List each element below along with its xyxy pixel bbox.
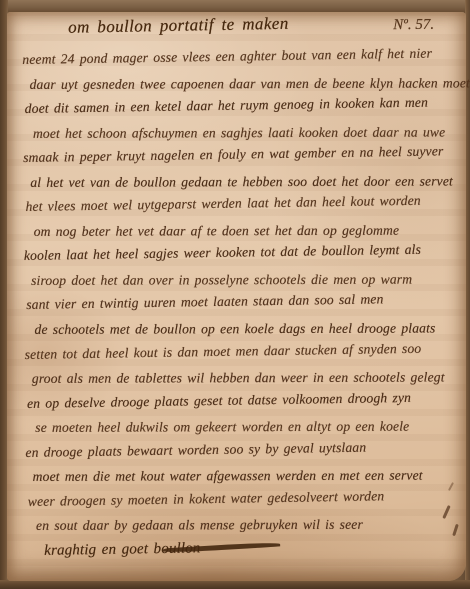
manuscript-line: smaak in peper kruyt nagelen en fouly en…: [23, 139, 461, 170]
page-number: Nº. 57.: [393, 17, 434, 34]
recipe-body: neemt 24 pond mager osse vlees een aghte…: [20, 45, 464, 564]
manuscript-photo: om boullon portatif te maken Nº. 57. nee…: [0, 0, 470, 589]
manuscript-line: koolen laat het heel sagjes weer kooken …: [24, 237, 462, 268]
page-content: om boullon portatif te maken Nº. 57. nee…: [20, 11, 464, 564]
recipe-title: om boullon portatif te maken: [68, 14, 289, 38]
manuscript-line: sant vier en twintig uuren moet laaten s…: [26, 287, 462, 318]
manuscript-line: neemt 24 pond mager osse vlees een aghte…: [22, 41, 460, 72]
book-edge-bottom: [0, 580, 470, 589]
manuscript-line: het vlees moet wel uytgeparst werden laa…: [25, 188, 461, 219]
manuscript-page: om boullon portatif te maken Nº. 57. nee…: [7, 12, 466, 581]
manuscript-line: kraghtig en goet boullon: [44, 532, 464, 563]
page-header: om boullon portatif te maken Nº. 57.: [20, 11, 460, 37]
